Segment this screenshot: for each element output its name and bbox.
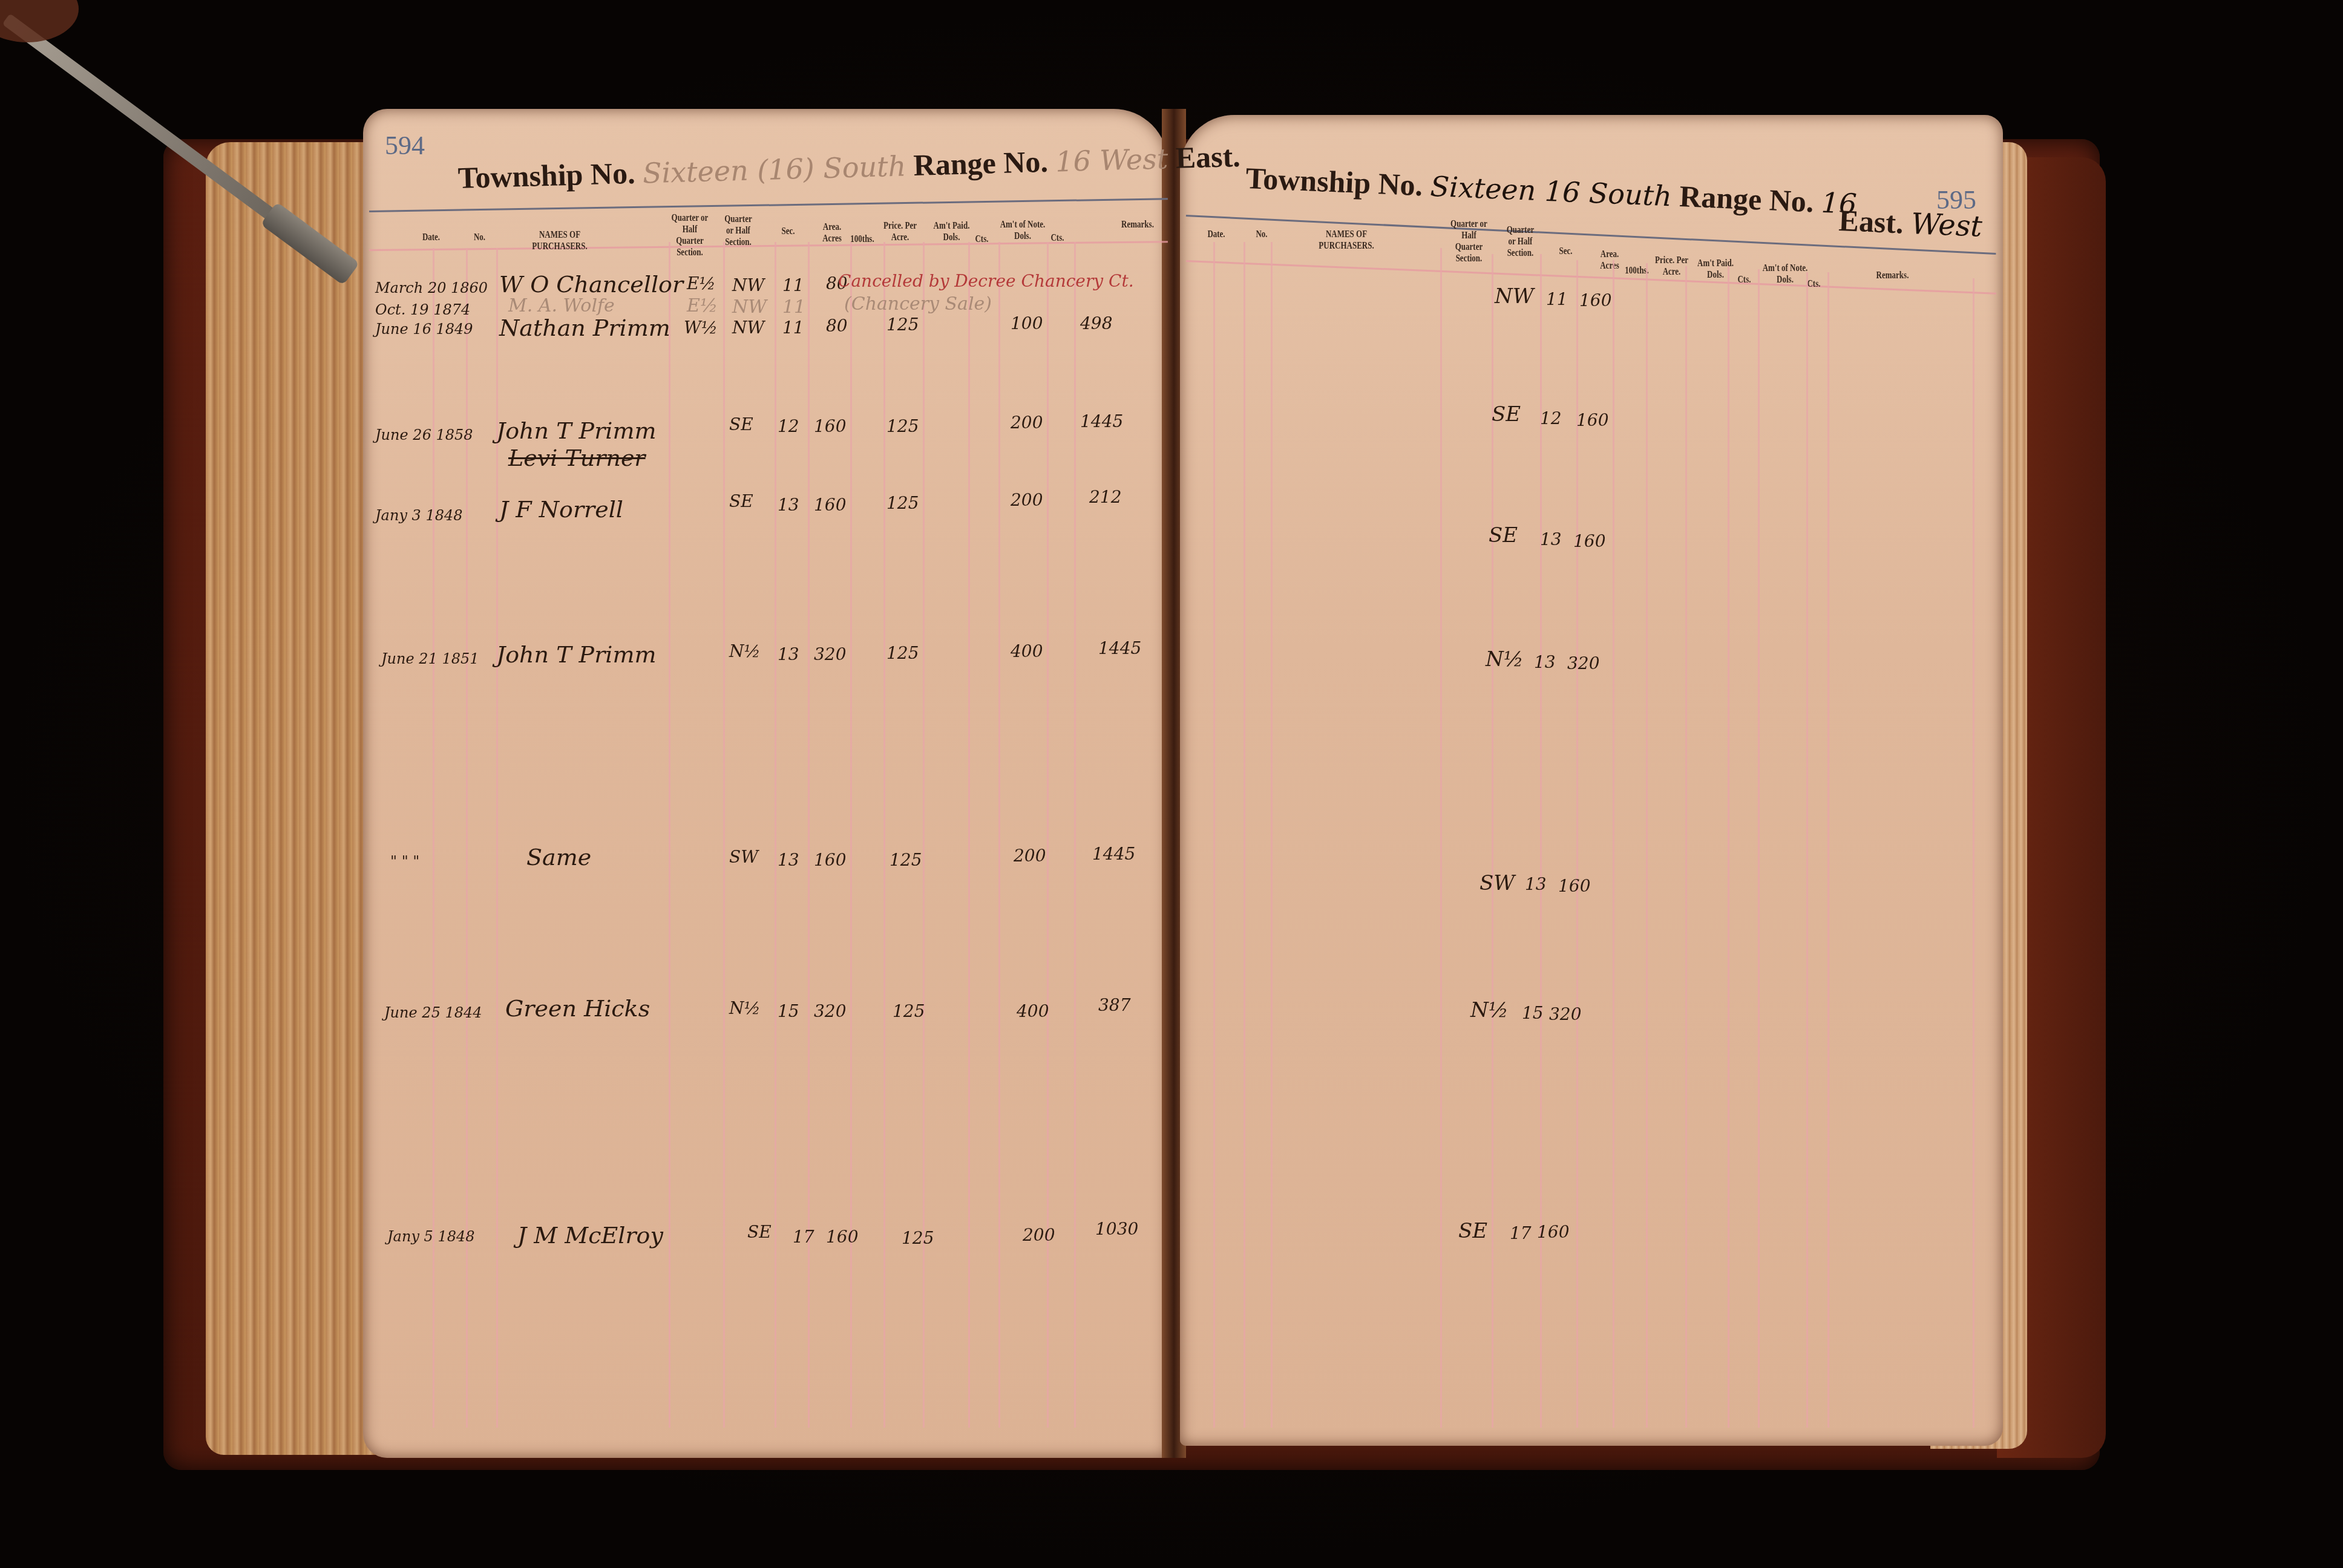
- township-value: Sixteen (16) South: [642, 149, 906, 189]
- range-label: Range No.: [1679, 179, 1814, 218]
- entry-area: 160: [1576, 410, 1608, 430]
- col-amt-note: Am't of Note. Dols.: [998, 218, 1047, 241]
- entry-name: J F Norrell: [499, 496, 623, 523]
- entry-area: 160: [814, 416, 846, 436]
- right-page: [1180, 115, 2003, 1446]
- column-rule: [1047, 242, 1049, 1428]
- column-rule: [968, 242, 970, 1428]
- entry-note: 498: [1080, 313, 1112, 333]
- column-rule: [775, 242, 776, 1428]
- entry-price: 125: [893, 1001, 925, 1021]
- col-no: No.: [469, 232, 490, 243]
- col-amt-paid: Am't Paid. Dols.: [1694, 257, 1737, 280]
- col-no: No.: [1253, 229, 1271, 240]
- col-amt-note: Am't of Note. Dols.: [1761, 262, 1809, 285]
- column-rule: [883, 242, 885, 1428]
- entry-area: 320: [814, 644, 846, 664]
- column-rule: [1758, 269, 1760, 1428]
- entry-sec: 13: [778, 495, 799, 515]
- entry-quarter: E½: [687, 295, 718, 316]
- col-names: NAMES OF PURCHASERS.: [514, 229, 605, 252]
- entry-half: N½: [729, 998, 761, 1018]
- entry-paid: 400: [1011, 641, 1043, 661]
- column-rule: [1728, 266, 1729, 1428]
- col-sec: Sec.: [1555, 246, 1576, 257]
- entry-name: Nathan Primm: [499, 315, 670, 341]
- entry-note: 1445: [1080, 411, 1123, 431]
- entry-half: NW: [732, 296, 767, 318]
- column-rule: [1576, 260, 1578, 1428]
- entry-area: 320: [1549, 1004, 1581, 1024]
- entry-note: 387: [1098, 995, 1130, 1015]
- col-quarter: Quarter or Half Quarter Section.: [1449, 218, 1489, 264]
- entry-name: M. A. Wolfe: [508, 295, 615, 316]
- entry-area: 320: [1567, 653, 1599, 673]
- entry-paid: 400: [1017, 1001, 1049, 1021]
- entry-remark-red: Cancelled by Decree Chancery Ct.: [838, 271, 1134, 291]
- entry-date: June 16 1849: [375, 321, 473, 338]
- entry-sec: 15: [778, 1001, 799, 1021]
- entry-area: 320: [814, 1001, 846, 1021]
- entry-half: SE: [729, 414, 753, 434]
- entry-quarter: E½: [687, 273, 716, 293]
- entry-area: 160: [1579, 290, 1611, 310]
- entry-price: 125: [902, 1228, 934, 1248]
- entry-paid: 200: [1023, 1225, 1055, 1245]
- entry-sec: 11: [782, 275, 804, 295]
- range-value: 16 West: [1055, 142, 1168, 178]
- column-rule: [923, 242, 925, 1428]
- entry-note: 1445: [1098, 638, 1141, 658]
- entry-name: John T Primm: [496, 417, 657, 444]
- column-rule: [1244, 242, 1245, 1428]
- entry-half: NW: [732, 318, 764, 338]
- entry-area: 160: [814, 495, 846, 515]
- col-area: Area. Acres: [1591, 248, 1628, 271]
- entry-area: 160: [1573, 531, 1605, 551]
- col-100ths: 100ths.: [1625, 265, 1649, 276]
- entry-name: W O Chancellor: [499, 271, 683, 298]
- column-rule: [1492, 254, 1493, 1428]
- column-rule: [1613, 260, 1614, 1428]
- column-rule: [723, 242, 725, 1428]
- entry-paid: 200: [1011, 413, 1043, 433]
- col-amt-paid-cts: Cts.: [1737, 274, 1752, 286]
- entry-half: SE: [729, 491, 753, 511]
- entry-quarter: W½: [684, 318, 718, 338]
- col-amt-paid-cts: Cts.: [974, 234, 989, 245]
- col-amt-paid: Am't Paid. Dols.: [929, 220, 974, 243]
- column-rule: [1646, 263, 1648, 1428]
- entry-sec: 12: [1540, 408, 1562, 428]
- entry-sec: 13: [778, 850, 799, 870]
- col-price: Price. Per Acre.: [883, 220, 917, 243]
- entry-date: Jany 5 1848: [387, 1228, 475, 1245]
- entry-half: N½: [729, 641, 761, 661]
- direction-label: East.: [1175, 139, 1240, 175]
- left-page-number: 594: [385, 130, 425, 161]
- entry-date: June 25 1844: [384, 1004, 482, 1021]
- col-remarks: Remarks.: [1119, 219, 1156, 230]
- entry-price: 125: [886, 643, 919, 663]
- column-rule: [1973, 278, 1974, 1428]
- entry-area: 160: [826, 1227, 858, 1247]
- entry-sec: 11: [782, 296, 805, 318]
- direction-label: East.: [1838, 203, 1904, 240]
- entry-half: SW: [1480, 871, 1515, 895]
- column-rule: [1271, 242, 1273, 1428]
- entry-area: 160: [814, 850, 846, 870]
- col-half: Quarter or Half Section.: [1504, 224, 1537, 259]
- entry-remark: (Chancery Sale): [844, 293, 992, 315]
- entry-date: March 20 1860: [375, 279, 488, 296]
- entry-name-struck: Levi Turner: [508, 445, 646, 471]
- entry-half: N½: [1486, 647, 1524, 671]
- entry-area: 80: [826, 316, 848, 336]
- column-rule: [1213, 242, 1215, 1428]
- entry-sec: 13: [1540, 529, 1562, 549]
- entry-sec: 13: [778, 644, 799, 664]
- entry-sec: 13: [1525, 874, 1547, 894]
- column-rule: [1806, 272, 1808, 1428]
- column-rule: [998, 242, 1000, 1428]
- entry-date: June 26 1858: [375, 426, 473, 443]
- township-label: Township No.: [457, 156, 635, 195]
- col-quarter: Quarter or Half Quarter Section.: [669, 212, 711, 258]
- entry-sec: 11: [1546, 289, 1568, 309]
- col-100ths: 100ths.: [850, 234, 874, 245]
- entry-date: Jany 3 1848: [375, 507, 463, 524]
- entry-sec: 17: [1510, 1223, 1532, 1243]
- column-rule: [466, 248, 468, 1428]
- entry-area: 160: [1558, 876, 1590, 896]
- col-remarks: Remarks.: [1873, 270, 1912, 281]
- entry-half: NW: [1495, 284, 1534, 309]
- entry-name: Same: [526, 844, 591, 871]
- col-names: NAMES OF PURCHASERS.: [1301, 228, 1392, 251]
- column-rule: [1074, 242, 1076, 1428]
- entry-half: SE: [1458, 1219, 1487, 1243]
- entry-price: 125: [886, 493, 919, 513]
- entry-price: 125: [890, 850, 922, 870]
- col-amt-note-cts: Cts.: [1050, 232, 1065, 244]
- column-rule: [1440, 248, 1442, 1428]
- entry-sec: 11: [782, 318, 804, 338]
- range-label: Range No.: [913, 145, 1049, 182]
- entry-name: John T Primm: [496, 641, 657, 668]
- col-amt-note-cts: Cts.: [1806, 278, 1821, 290]
- entry-half: N½: [1470, 998, 1509, 1022]
- entry-date: " " ": [390, 853, 419, 870]
- entry-paid: 200: [1011, 490, 1043, 510]
- township-label: Township No.: [1245, 161, 1424, 202]
- entry-sec: 17: [793, 1227, 814, 1247]
- col-date: Date.: [1204, 229, 1228, 240]
- entry-note: 212: [1089, 487, 1121, 507]
- entry-name: J M McElroy: [517, 1222, 663, 1249]
- entry-sec: 15: [1522, 1003, 1544, 1023]
- column-rule: [669, 242, 670, 1428]
- column-rule: [433, 248, 434, 1428]
- col-sec: Sec.: [778, 226, 799, 237]
- entry-paid: 100: [1011, 313, 1043, 333]
- col-price: Price. Per Acre.: [1655, 254, 1688, 277]
- entry-name: Green Hicks: [505, 995, 650, 1022]
- col-date: Date.: [418, 232, 445, 243]
- right-page-number: 595: [1936, 185, 1976, 215]
- column-rule: [850, 242, 852, 1428]
- entry-note: 1445: [1092, 844, 1135, 864]
- entry-sec: 13: [1534, 652, 1556, 672]
- column-rule: [1827, 272, 1829, 1428]
- col-area: Area. Acres: [814, 221, 850, 244]
- col-half: Quarter or Half Section.: [720, 214, 756, 248]
- entry-half: NW: [732, 275, 764, 295]
- entry-price: 125: [886, 416, 919, 436]
- entry-date: June 21 1851: [381, 650, 479, 667]
- entry-price: 125: [886, 315, 919, 335]
- entry-sec: 12: [778, 416, 799, 436]
- column-rule: [808, 242, 810, 1428]
- entry-half: SE: [747, 1222, 772, 1242]
- entry-half: SW: [729, 847, 758, 867]
- entry-half: SE: [1492, 402, 1521, 426]
- entry-half: SE: [1489, 523, 1518, 547]
- entry-note: 1030: [1095, 1219, 1138, 1239]
- entry-date: Oct. 19 1874: [375, 301, 470, 318]
- entry-area: 160: [1537, 1222, 1569, 1242]
- column-rule: [1685, 266, 1687, 1428]
- column-rule: [1540, 254, 1542, 1428]
- entry-paid: 200: [1014, 846, 1046, 866]
